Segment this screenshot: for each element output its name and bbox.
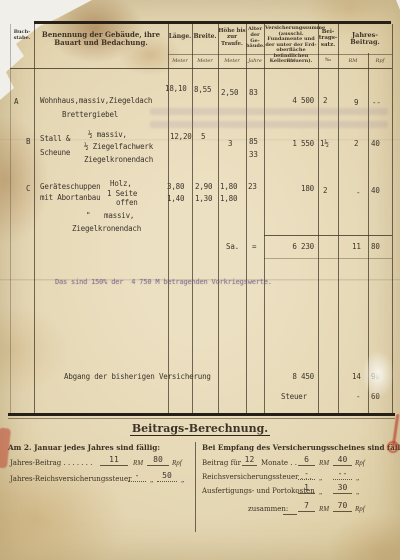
rowC-width2: 1,30 <box>195 194 212 203</box>
sum-rule <box>264 235 392 236</box>
ditto-mark: „ <box>356 488 360 496</box>
header-name: Benennung der Gebäude, ihre Bauart und B… <box>36 31 166 47</box>
unit-meter: Meter <box>192 58 218 64</box>
rowB-material3: Ziegelkronendach <box>84 155 153 164</box>
rowC-height2: 1,80 <box>220 194 237 203</box>
scanned-insurance-form: Buch- stabe. Benennung der Gebäude, ihre… <box>0 0 400 560</box>
calc-left-heading: Am 2. Januar jedes Jahres sind fällig: <box>8 443 160 452</box>
header-letter: Buch- stabe. <box>10 30 34 42</box>
unit-rm: RM <box>338 58 368 64</box>
ditto-mark: „ <box>356 474 360 482</box>
rowB-age2: 33 <box>249 150 258 159</box>
steuer-rm: - <box>356 392 360 401</box>
rowC-sum: 180 <box>289 184 314 193</box>
rowC-ditto: " <box>86 211 90 220</box>
rowC-rate: 2 <box>323 186 327 195</box>
ink-ghost <box>150 108 388 115</box>
calc-total-value-rm: 7 <box>298 501 315 512</box>
paper-damage-blob <box>362 350 394 398</box>
header-length: Länge. <box>168 34 192 41</box>
calc-left-row1-label: Jahres-Beitrag . . . . . . . <box>10 459 92 467</box>
ditto-mark: „ <box>319 488 323 496</box>
unit-years: Jahre <box>246 58 264 64</box>
rowA-letter: A <box>14 97 18 106</box>
column-divider <box>246 24 247 415</box>
rowA-sum: 4 500 <box>280 96 314 105</box>
calc-divider <box>195 442 196 532</box>
rowC-rpf: 40 <box>371 186 380 195</box>
calc-right-row1-pre: Beitrag für <box>202 459 241 467</box>
calc-right-row2-label: Reichsversicherungssteuer . . . <box>202 473 312 481</box>
rowB-rm: 2 <box>354 139 358 148</box>
calc-left-row2-value-rpf: 50 <box>157 471 177 482</box>
red-ink-circle <box>387 441 399 453</box>
calc-title: Beitrags-Berechnung. <box>130 422 270 436</box>
rowB-name: Stall & <box>40 134 70 143</box>
rowB-width: 5 <box>201 132 205 141</box>
rowA-name2: Brettergiebel <box>62 110 118 119</box>
calc-left-row2-label: Jahres-Reichsversicherungssteuer <box>10 475 131 483</box>
currency-rm-label: RM <box>319 459 329 467</box>
abgang-label: Abgang der bisherigen Versicherung <box>64 372 211 381</box>
calc-left-row1-value-rm: 11 <box>100 455 128 466</box>
rowC-height1: 1,80 <box>220 182 237 191</box>
rowA-height: 2,50 <box>221 88 238 97</box>
header-annual: Jahres- Beitrag. <box>338 32 392 47</box>
rowC-material5: massiv, <box>104 211 134 220</box>
rowC-rm: - <box>356 188 360 197</box>
calc-left-row2-value-rm: - <box>128 471 146 482</box>
calc-right-row3-value-rm: 1 <box>298 483 315 494</box>
rowB-height: 3 <box>228 139 232 148</box>
column-divider <box>168 24 169 415</box>
rowA-width: 8,55 <box>194 85 211 94</box>
rowC-material2: 1 Seite <box>107 189 137 198</box>
sum-total: 6 230 <box>278 242 314 251</box>
column-divider <box>318 24 319 415</box>
currency-rpf-label: Rpf <box>355 505 365 513</box>
sum-equals: = <box>252 242 256 251</box>
calc-title-wrap: Beitrags-Berechnung. <box>0 423 400 436</box>
rowC-name2: mit Abortanbau <box>40 193 100 202</box>
currency-rpf-label: Rpf <box>355 459 365 467</box>
currency-rpf-label: Rpf <box>172 459 182 467</box>
ink-ghost <box>150 121 388 128</box>
header-age: Alter der Ge- bäude. <box>246 27 264 50</box>
calc-left-row1-value-rpf: 80 <box>147 455 169 466</box>
total-leader-line <box>283 514 297 515</box>
rowC-age: 23 <box>248 182 257 191</box>
ditto-mark: „ <box>150 476 154 484</box>
unit-rpf: Rpf <box>368 58 392 64</box>
header-height: Höhe bis zur Traufe. <box>218 28 246 47</box>
calc-right-row1-value-rm: 6 <box>298 455 315 466</box>
calc-right-heading: Bei Empfang des Versicherungsscheines si… <box>202 443 400 452</box>
rowC-letter: C <box>26 184 30 193</box>
calc-total-value-rpf: 70 <box>333 501 352 512</box>
rowC-width1: 2,90 <box>195 182 212 191</box>
rowB-name2: Scheune <box>40 148 70 157</box>
column-divider <box>192 24 193 415</box>
rowA-length: 18,10 <box>165 84 187 93</box>
rowB-rpf: 40 <box>371 139 380 148</box>
unit-meter: Meter <box>218 58 246 64</box>
rowC-length1: 3,80 <box>167 182 184 191</box>
calc-right-row2-value-rm: - <box>298 469 315 480</box>
unit-permille: ‰ <box>318 57 338 63</box>
ditto-mark: „ <box>181 476 185 484</box>
sum-rpf: 80 <box>371 242 380 251</box>
rowB-length: 12,20 <box>170 132 192 141</box>
currency-rm-label: RM <box>319 505 329 513</box>
column-divider <box>338 24 339 415</box>
abgang-rm: 14 <box>352 372 361 381</box>
rowA-name: Wohnhaus,massiv,Ziegeldach <box>40 96 152 105</box>
rowB-material2: ½ Ziegelfachwerk <box>84 142 153 151</box>
column-divider <box>10 24 11 415</box>
sum-bottom-rule <box>264 258 392 259</box>
rowC-material3: offen <box>116 198 138 207</box>
header-rate: Bei- trags- satz. <box>318 29 338 48</box>
calc-right-row1-value-rpf: 40 <box>333 455 352 466</box>
column-divider <box>264 24 265 415</box>
sum-rm: 11 <box>352 242 361 251</box>
header-bottom-rule <box>10 68 392 69</box>
section-rule-thin <box>8 418 395 419</box>
column-divider <box>218 24 219 415</box>
rowC-length2: 1,40 <box>167 194 184 203</box>
rowA-age: 83 <box>249 88 258 97</box>
steuer-label: Steuer <box>281 392 307 401</box>
column-divider <box>34 24 35 415</box>
sum-label: Sa. <box>226 242 239 251</box>
rowB-rate: 1½ <box>320 139 329 148</box>
section-rule-thick <box>8 413 395 416</box>
rowB-age1: 85 <box>249 137 258 146</box>
unit-rm: RM <box>264 58 318 64</box>
calc-right-months-value: 12 <box>242 455 257 466</box>
calc-total-label: zusammen: <box>248 505 288 513</box>
unit-meter: Meter <box>168 58 192 64</box>
rowC-material6: Ziegelkronendach <box>72 224 141 233</box>
calc-right-row1-post: Monate . . <box>261 459 297 467</box>
header-width: Breite. <box>192 34 218 41</box>
calc-right-row2-value-rpf: -- <box>333 469 352 480</box>
rowC-material1: Holz, <box>110 179 132 188</box>
prewar-value-stamp: Das sind 150% der 4 750 M betragenden Vo… <box>55 278 272 286</box>
ditto-mark: „ <box>319 474 323 482</box>
calc-right-row3-value-rpf: 30 <box>333 483 352 494</box>
currency-rm-label: RM <box>133 459 143 467</box>
rowB-letter: B <box>26 137 30 146</box>
rowA-rm: 9 <box>354 98 358 107</box>
rowB-material1: ½ massiv, <box>88 130 127 139</box>
rowC-name: Geräteschuppen <box>40 182 100 191</box>
abgang-sum: 8 450 <box>278 372 314 381</box>
rowB-sum: 1 550 <box>280 139 314 148</box>
rowA-rpf: -- <box>372 98 381 107</box>
rowA-rate: 2 <box>323 96 327 105</box>
